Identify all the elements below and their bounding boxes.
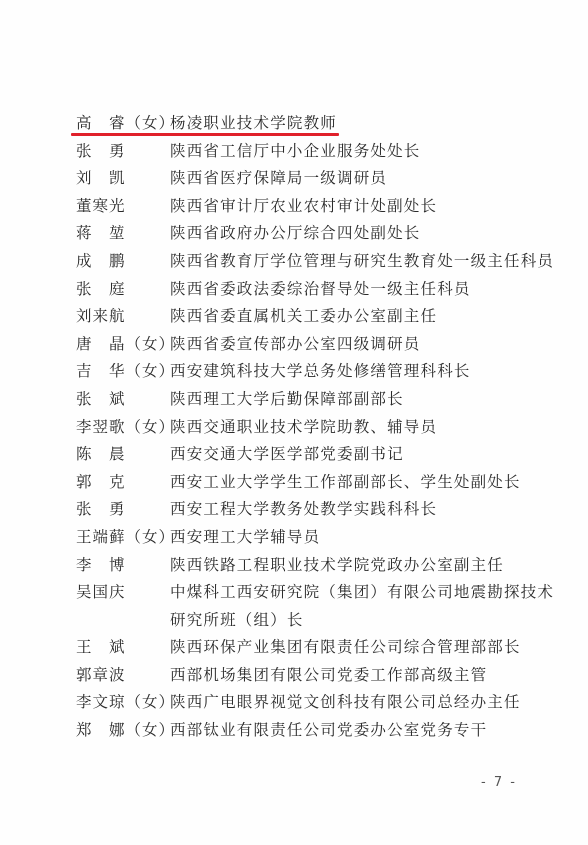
person-title: 西安理工大学辅导员 (170, 524, 320, 552)
person-title: 西安工业大学学生工作部副部长、学生处副处长 (170, 469, 521, 497)
list-item: 李 博 陕西铁路工程职业技术学院党政办公室副主任 (76, 552, 546, 580)
person-title: 陕西理工大学后勤保障部副部长 (170, 386, 404, 414)
list-item: 张 庭 陕西省委政法委综治督导处一级主任科员 (76, 276, 546, 304)
person-title: 研究所班（组）长 (170, 607, 304, 635)
list-item: 吉 华（女） 西安建筑科技大学总务处修缮管理科科长 (76, 358, 546, 386)
person-name: 李文琼（女） (76, 689, 168, 717)
person-title: 陕西省委宣传部办公室四级调研员 (170, 331, 421, 359)
list-item: 张 斌 陕西理工大学后勤保障部副部长 (76, 386, 546, 414)
person-name: 蒋 堃 (76, 220, 168, 248)
person-title: 中煤科工西安研究院（集团）有限公司地震勘探技术 (170, 579, 554, 607)
person-title: 陕西省审计厅农业农村审计处副处长 (170, 193, 437, 221)
person-title: 陕西省委政法委综治督导处一级主任科员 (170, 276, 471, 304)
person-name: 刘 凯 (76, 165, 168, 193)
list-item: 张 勇 西安工程大学教务处教学实践科科长 (76, 496, 546, 524)
person-title: 西安建筑科技大学总务处修缮管理科科长 (170, 358, 471, 386)
person-title: 西安工程大学教务处教学实践科科长 (170, 496, 437, 524)
person-title: 陕西省医疗保障局一级调研员 (170, 165, 387, 193)
person-title: 陕西广电眼界视觉文创科技有限公司总经办主任 (170, 689, 521, 717)
list-item: 郭章波 西部机场集团有限公司党委工作部高级主管 (76, 662, 546, 690)
person-title: 陕西省工信厅中小企业服务处处长 (170, 138, 421, 166)
list-item: 刘 凯 陕西省医疗保障局一级调研员 (76, 165, 546, 193)
person-name: 陈 晨 (76, 441, 168, 469)
list-item: 董寒光 陕西省审计厅农业农村审计处副处长 (76, 193, 546, 221)
list-item: 王端藓（女） 西安理工大学辅导员 (76, 524, 546, 552)
person-title: 陕西省政府办公厅综合四处副处长 (170, 220, 421, 248)
award-list: 高 睿（女） 杨凌职业技术学院教师 张 勇 陕西省工信厅中小企业服务处处长 刘 … (76, 110, 546, 745)
person-name: 张 庭 (76, 276, 168, 304)
list-item: 唐 晶（女） 陕西省委宣传部办公室四级调研员 (76, 331, 546, 359)
list-item: 郭 克 西安工业大学学生工作部副部长、学生处副处长 (76, 469, 546, 497)
person-title: 西部机场集团有限公司党委工作部高级主管 (170, 662, 487, 690)
person-name: 郑 娜（女） (76, 717, 168, 745)
person-name: 吴国庆 (76, 579, 168, 607)
person-title: 陕西省教育厅学位管理与研究生教育处一级主任科员 (170, 248, 554, 276)
list-item: 郑 娜（女） 西部钛业有限责任公司党委办公室党务专干 (76, 717, 546, 745)
person-title: 陕西铁路工程职业技术学院党政办公室副主任 (170, 552, 504, 580)
person-title: 陕西省委直属机关工委办公室副主任 (170, 303, 437, 331)
list-item: 刘来航 陕西省委直属机关工委办公室副主任 (76, 303, 546, 331)
person-title: 陕西交通职业技术学院助教、辅导员 (170, 414, 437, 442)
person-name: 成 鹏 (76, 248, 168, 276)
person-name: 董寒光 (76, 193, 168, 221)
list-item-continuation: 研究所班（组）长 (76, 607, 546, 635)
person-name: 李 博 (76, 552, 168, 580)
document-page: 高 睿（女） 杨凌职业技术学院教师 张 勇 陕西省工信厅中小企业服务处处长 刘 … (0, 0, 588, 845)
person-name: 王 斌 (76, 634, 168, 662)
list-item: 吴国庆 中煤科工西安研究院（集团）有限公司地震勘探技术 (76, 579, 546, 607)
person-name: 吉 华（女） (76, 358, 168, 386)
person-title: 西安交通大学医学部党委副书记 (170, 441, 404, 469)
person-title: 陕西环保产业集团有限责任公司综合管理部部长 (170, 634, 521, 662)
list-item: 蒋 堃 陕西省政府办公厅综合四处副处长 (76, 220, 546, 248)
person-name: 唐 晶（女） (76, 331, 168, 359)
person-name: 李翌歌（女） (76, 414, 168, 442)
list-item: 李文琼（女） 陕西广电眼界视觉文创科技有限公司总经办主任 (76, 689, 546, 717)
person-name: 郭章波 (76, 662, 168, 690)
list-item: 王 斌 陕西环保产业集团有限责任公司综合管理部部长 (76, 634, 546, 662)
list-item: 成 鹏 陕西省教育厅学位管理与研究生教育处一级主任科员 (76, 248, 546, 276)
person-name: 张 勇 (76, 138, 168, 166)
list-item: 李翌歌（女） 陕西交通职业技术学院助教、辅导员 (76, 414, 546, 442)
person-name: 王端藓（女） (76, 524, 168, 552)
red-underline-annotation (71, 133, 339, 136)
list-item: 张 勇 陕西省工信厅中小企业服务处处长 (76, 138, 546, 166)
person-name: 张 勇 (76, 496, 168, 524)
list-item: 陈 晨 西安交通大学医学部党委副书记 (76, 441, 546, 469)
page-number: - 7 - (481, 775, 517, 790)
person-name: 刘来航 (76, 303, 168, 331)
person-name: 张 斌 (76, 386, 168, 414)
person-title: 西部钛业有限责任公司党委办公室党务专干 (170, 717, 487, 745)
person-name: 郭 克 (76, 469, 168, 497)
